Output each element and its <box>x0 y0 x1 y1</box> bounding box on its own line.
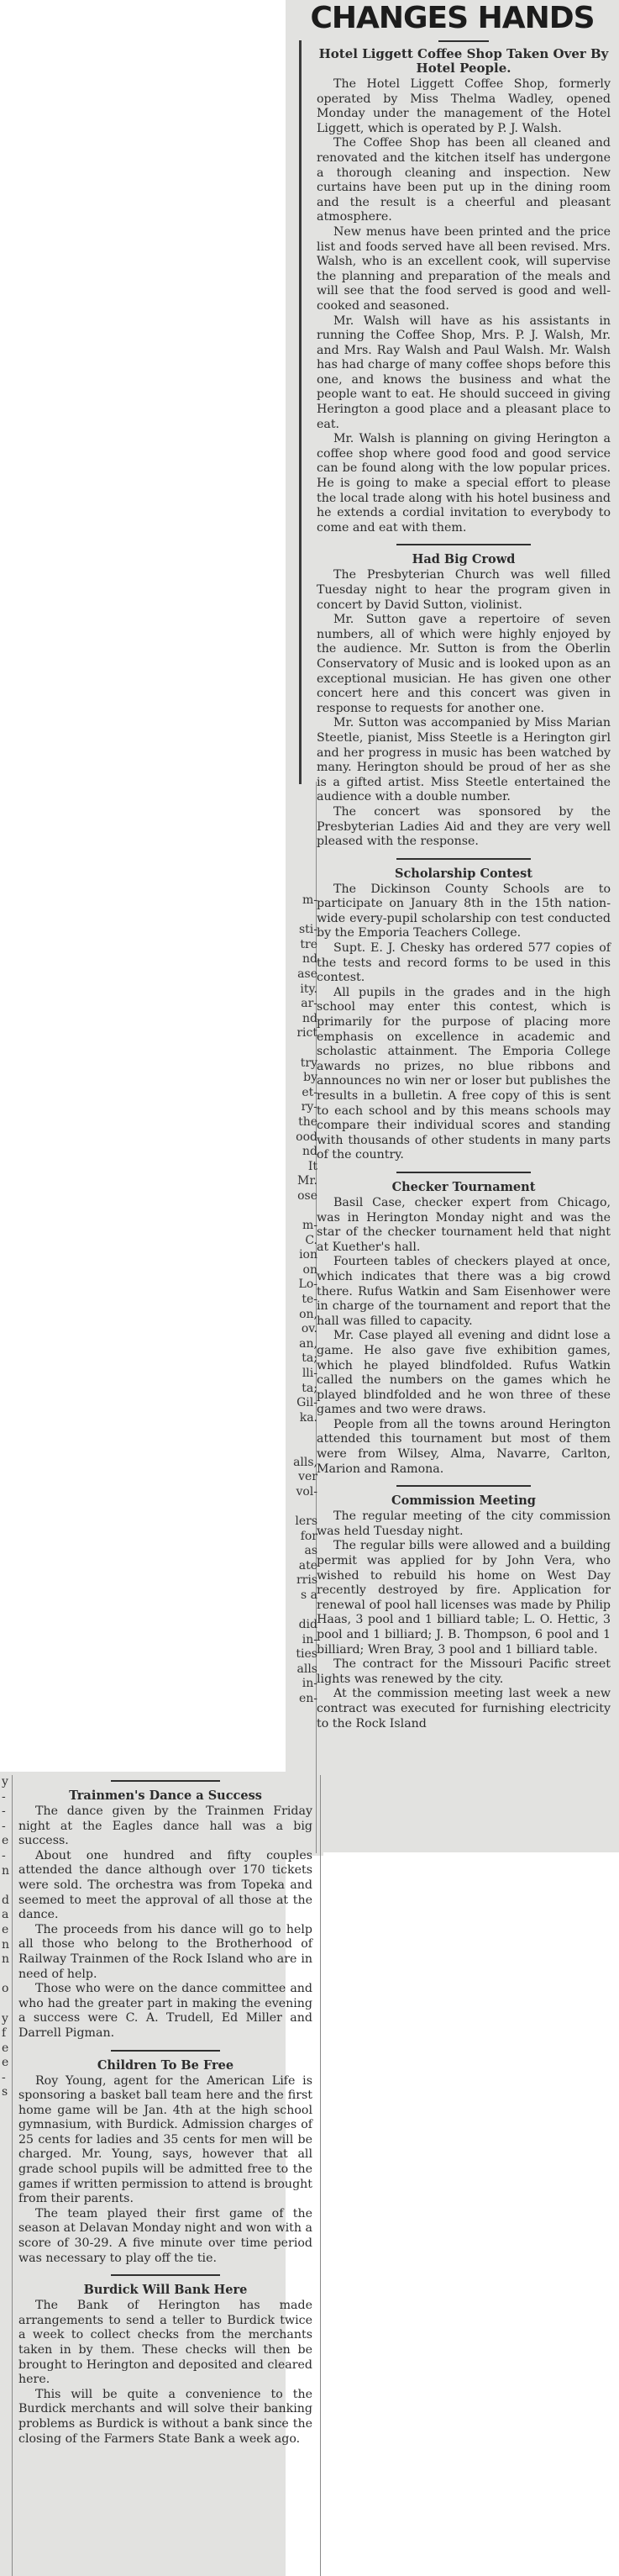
left-column-articles: Trainmen's Dance a SuccessThe dance give… <box>18 1775 312 2447</box>
article-heading: Commission Meeting <box>317 1493 611 1508</box>
article-heading: Checker Tournament <box>317 1180 611 1194</box>
blank-area-lower-right <box>286 1856 619 2576</box>
article-paragraph: People from all the towns around Heringt… <box>317 1418 611 1477</box>
article-paragraph: Those who were on the dance committee an… <box>18 1982 312 2041</box>
article-heading: Children To Be Free <box>18 2058 312 2073</box>
article-paragraph: Supt. E. J. Chesky has ordered 577 copie… <box>317 941 611 986</box>
article-paragraph: Fourteen tables of checkers played at on… <box>317 1255 611 1329</box>
article-heading: Had Big Crowd <box>317 552 611 566</box>
article-separator <box>111 1780 220 1782</box>
article-paragraph: Roy Young, agent for the American Life i… <box>18 2074 312 2207</box>
article-paragraph: Mr. Sutton gave a repertoire of seven nu… <box>317 613 611 716</box>
article-paragraph: Mr. Walsh is planning on giving Heringto… <box>317 432 611 535</box>
article-heading: Burdick Will Bank Here <box>18 2283 312 2297</box>
article-paragraph: Mr. Sutton was accompanied by Miss Maria… <box>317 716 611 805</box>
headline-rule <box>438 40 489 42</box>
article-paragraph: The contract for the Missouri Pacific st… <box>317 1657 611 1687</box>
article-paragraph: The Bank of Herington has made arrangeme… <box>18 2299 312 2388</box>
article-paragraph: The Hotel Liggett Coffee Shop, formerly … <box>317 77 611 136</box>
article-paragraph: The Coffee Shop has been all cleaned and… <box>317 136 611 225</box>
article-paragraph: At the commission meeting last week a ne… <box>317 1687 611 1731</box>
article-separator <box>111 2050 220 2052</box>
article-heading: Hotel Liggett Coffee Shop Taken Over By … <box>317 47 611 76</box>
article-paragraph: This will be quite a convenience to the … <box>18 2388 312 2447</box>
article-paragraph: Basil Case, checker expert from Chicago,… <box>317 1196 611 1255</box>
article-separator <box>396 544 531 545</box>
article-separator <box>396 1172 531 1173</box>
article-separator <box>111 2274 220 2276</box>
article-paragraph: Mr. Case played all evening and didnt lo… <box>317 1329 611 1418</box>
article-paragraph: The concert was sponsored by the Presbyt… <box>317 805 611 850</box>
article-paragraph: About one hundred and fifty couples atte… <box>18 1849 312 1923</box>
article-paragraph: The proceeds from his dance will go to h… <box>18 1923 312 1982</box>
page-headline: CHANGES HANDS <box>286 0 619 37</box>
article-heading: Trainmen's Dance a Success <box>18 1788 312 1803</box>
article-paragraph: The Dickinson County Schools are to part… <box>317 882 611 941</box>
column-rule-thick <box>299 40 302 784</box>
article-separator <box>396 858 531 860</box>
article-paragraph: The Presbyterian Church was well filled … <box>317 568 611 613</box>
article-separator <box>396 1485 531 1487</box>
article-paragraph: All pupils in the grades and in the high… <box>317 986 611 1163</box>
right-column-articles: Hotel Liggett Coffee Shop Taken Over By … <box>317 37 611 1731</box>
article-paragraph: Mr. Walsh will have as his assistants in… <box>317 314 611 433</box>
column-rule-left-right <box>320 1775 321 2576</box>
far-left-column-fragments: y - - - e - n d a e n n o y f e e - s <box>2 1775 13 2100</box>
article-paragraph: The regular bills were allowed and a bui… <box>317 1539 611 1657</box>
article-paragraph: The dance given by the Trainmen Friday n… <box>18 1804 312 1849</box>
article-paragraph: New menus have been printed and the pric… <box>317 225 611 314</box>
article-paragraph: The regular meeting of the city commissi… <box>317 1509 611 1539</box>
article-heading: Scholarship Contest <box>317 867 611 881</box>
article-paragraph: The team played their first game of the … <box>18 2207 312 2266</box>
adjacent-column-fragments: m- sti- tre nd ase ity. ar- nd rict try … <box>287 893 317 1707</box>
